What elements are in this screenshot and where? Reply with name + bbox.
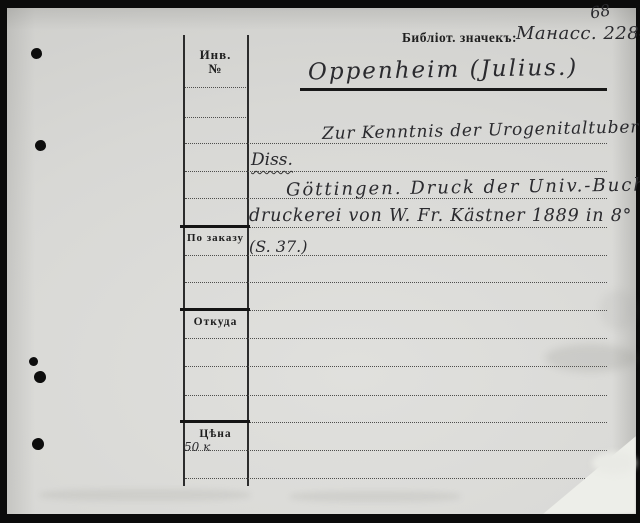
library-stamp-value: Манасс. 22843 [516,23,640,44]
dissertation-note: Diss. [251,150,293,170]
ruled-line [185,366,607,367]
ruled-line [185,282,607,283]
section-rule [180,308,250,311]
ruled-line [250,422,607,423]
bleed-through-mark [290,491,460,502]
ink-dot [31,48,42,59]
ruled-line [185,478,607,479]
paper-smudge [600,290,636,330]
scanned-catalog-card: Инв. № По заказу Откуда Цѣна 50 к 68 Биб… [0,0,640,523]
ruled-line [185,87,246,88]
ruled-line [185,450,607,451]
author-line: Oppenheim (Julius.) [308,55,579,86]
inventory-label-line2: № [184,61,247,77]
bleed-through-mark [40,489,250,501]
price-label: Цѣна [184,428,247,440]
order-label: По заказу [184,232,247,244]
corner-page-number: 68 [589,0,612,22]
paper-smudge [545,344,637,372]
column-left-rule [183,35,185,486]
imprint-line-2: druckerei von W. Fr. Kästner 1889 in 8° [249,206,632,226]
torn-corner-highlight [592,452,636,474]
section-rule [180,225,250,228]
ink-dot [35,140,46,151]
ink-dot [34,371,46,383]
ink-dot [32,438,44,450]
ink-dot [29,357,38,366]
paper-edge-shadow [612,8,636,514]
ruled-line [250,310,607,311]
origin-label: Откуда [184,316,247,328]
price-value: 50 к [184,440,210,454]
column-right-rule [247,35,249,486]
ruled-line [185,117,246,118]
author-underline [300,88,607,91]
section-rule [180,420,250,423]
ruled-line [185,338,607,339]
pagination-note: (S. 37.) [249,237,308,256]
ruled-line [185,143,607,144]
ruled-line [185,171,607,172]
ruled-line [185,395,607,396]
ruled-line [250,227,607,228]
library-stamp-label: Библіот. значекъ: [402,30,517,46]
